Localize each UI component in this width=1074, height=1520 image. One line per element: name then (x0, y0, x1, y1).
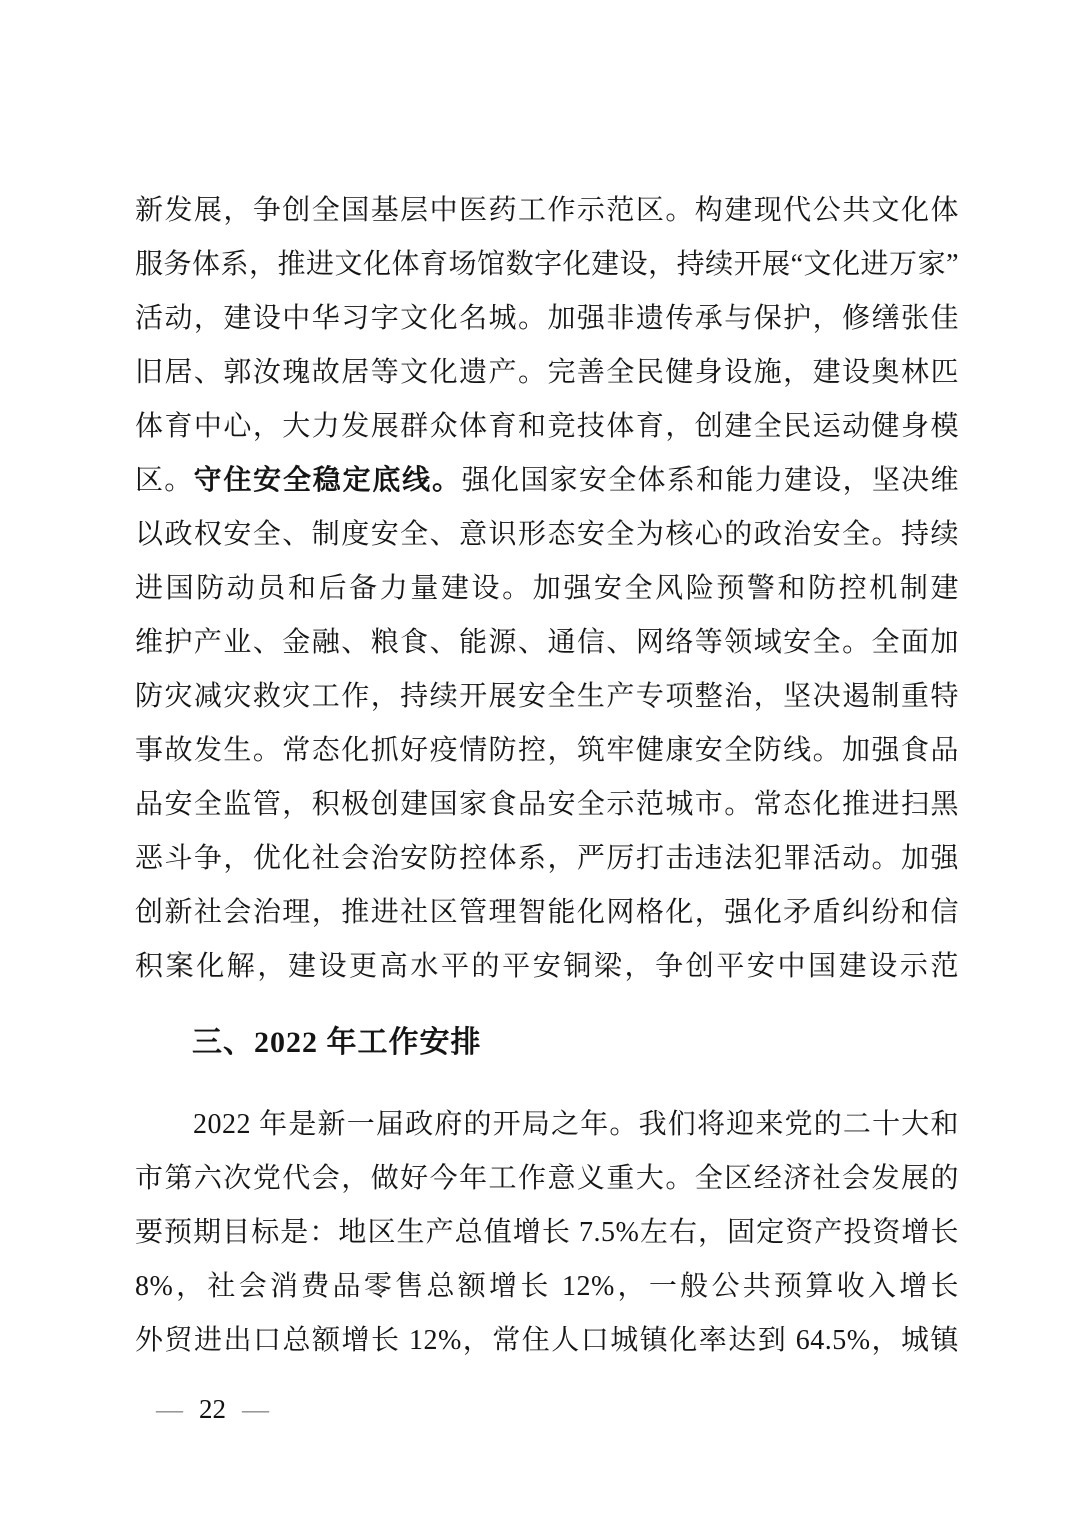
body-line: 品安全监管，积极创建国家食品安全示范城市。常态化推进扫黑除 (135, 778, 959, 832)
body-line: 事故发生。常态化抓好疫情防控，筑牢健康安全防线。加强食品药 (135, 724, 959, 778)
text-run: 维护产业、金融、粮食、能源、通信、网络等领域安全。全面加强 (135, 627, 959, 670)
text-run: 体育中心，大力发展群众体育和竞技体育，创建全民运动健身模范 (135, 411, 959, 454)
body-line: 服务体系，推进文化体育场馆数字化建设，持续开展“文化进万家” (135, 238, 959, 292)
text-run: 进国防动员和后备力量建设。加强安全风险预警和防控机制建设， (135, 573, 959, 616)
text-block: 新发展，争创全国基层中医药工作示范区。构建现代公共文化体育服务体系，推进文化体育… (135, 184, 959, 1368)
text-run: 服务体系，推进文化体育场馆数字化建设，持续开展“文化进万家” (135, 249, 959, 280)
section-heading-2022-work-plan: 三、2022 年工作安排 (135, 1016, 959, 1070)
paragraph-culture-safety: 新发展，争创全国基层中医药工作示范区。构建现代公共文化体育服务体系，推进文化体育… (135, 184, 959, 994)
page-number: 22 (199, 1394, 226, 1424)
body-line: 恶斗争，优化社会治安防控体系，严厉打击违法犯罪活动。加强和 (135, 832, 959, 886)
body-line: 要预期目标是：地区生产总值增长 7.5%左右，固定资产投资增长 (135, 1206, 959, 1260)
body-line: 8%，社会消费品零售总额增长 12%，一般公共预算收入增长 10%， (135, 1260, 959, 1314)
text-run: 防灾减灾救灾工作，持续开展安全生产专项整治，坚决遏制重特大 (135, 681, 959, 724)
body-line: 防灾减灾救灾工作，持续开展安全生产专项整治，坚决遏制重特大 (135, 670, 959, 724)
text-run: 以政权安全、制度安全、意识形态安全为核心的政治安全。持续推 (135, 519, 959, 562)
page-footer: —22— (156, 1392, 269, 1426)
text-run: 要预期目标是：地区生产总值增长 7.5%左右，固定资产投资增长 (135, 1217, 959, 1248)
footer-left-dash: — (156, 1394, 183, 1424)
document-page: 新发展，争创全国基层中医药工作示范区。构建现代公共文化体育服务体系，推进文化体育… (0, 0, 1074, 1520)
body-line: 以政权安全、制度安全、意识形态安全为核心的政治安全。持续推 (135, 508, 959, 562)
paragraph-2022-targets: 2022 年是新一届政府的开局之年。我们将迎来党的二十大和市第六次党代会，做好今… (135, 1098, 959, 1368)
body-line: 市第六次党代会，做好今年工作意义重大。全区经济社会发展的主 (135, 1152, 959, 1206)
body-line: 创新社会治理，推进社区管理智能化网格化，强化矛盾纠纷和信访 (135, 886, 959, 940)
body-line: 体育中心，大力发展群众体育和竞技体育，创建全民运动健身模范 (135, 400, 959, 454)
body-line: 积案化解，建设更高水平的平安铜梁，争创平安中国建设示范区。 (135, 940, 959, 994)
footer-right-dash: — (242, 1394, 269, 1424)
bold-text-run: 守住安全稳定底线。 (194, 465, 462, 496)
text-run: 外贸进出口总额增长 12%，常住人口城镇化率达到 64.5%，城镇调 (135, 1325, 959, 1368)
body-line: 活动，建设中华习字文化名城。加强非遗传承与保护，修缮张佳胤 (135, 292, 959, 346)
text-run: 2022 年是新一届政府的开局之年。我们将迎来党的二十大和 (193, 1109, 959, 1140)
body-line: 维护产业、金融、粮食、能源、通信、网络等领域安全。全面加强 (135, 616, 959, 670)
body-line: 2022 年是新一届政府的开局之年。我们将迎来党的二十大和 (135, 1098, 959, 1152)
body-line: 外贸进出口总额增长 12%，常住人口城镇化率达到 64.5%，城镇调 (135, 1314, 959, 1368)
body-line: 旧居、郭汝瑰故居等文化遗产。完善全民健身设施，建设奥林匹克 (135, 346, 959, 400)
text-run: 创新社会治理，推进社区管理智能化网格化，强化矛盾纠纷和信访 (135, 897, 959, 940)
text-run: 新发展，争创全国基层中医药工作示范区。构建现代公共文化体育 (135, 195, 959, 238)
body-line: 新发展，争创全国基层中医药工作示范区。构建现代公共文化体育 (135, 184, 959, 238)
text-run: 区。 (135, 465, 194, 496)
text-run: 活动，建设中华习字文化名城。加强非遗传承与保护，修缮张佳胤 (135, 303, 959, 346)
text-run: 旧居、郭汝瑰故居等文化遗产。完善全民健身设施，建设奥林匹克 (135, 357, 959, 400)
body-line: 区。守住安全稳定底线。强化国家安全体系和能力建设，坚决维护 (135, 454, 959, 508)
text-run: 积案化解，建设更高水平的平安铜梁，争创平安中国建设示范区。 (135, 951, 959, 994)
text-run: 品安全监管，积极创建国家食品安全示范城市。常态化推进扫黑除 (135, 789, 959, 832)
text-run: 事故发生。常态化抓好疫情防控，筑牢健康安全防线。加强食品药 (135, 735, 959, 778)
body-line: 进国防动员和后备力量建设。加强安全风险预警和防控机制建设， (135, 562, 959, 616)
text-run: 市第六次党代会，做好今年工作意义重大。全区经济社会发展的主 (135, 1163, 959, 1206)
text-run: 恶斗争，优化社会治安防控体系，严厉打击违法犯罪活动。加强和 (135, 843, 959, 886)
text-run: 8%，社会消费品零售总额增长 12%，一般公共预算收入增长 10%， (135, 1271, 959, 1314)
